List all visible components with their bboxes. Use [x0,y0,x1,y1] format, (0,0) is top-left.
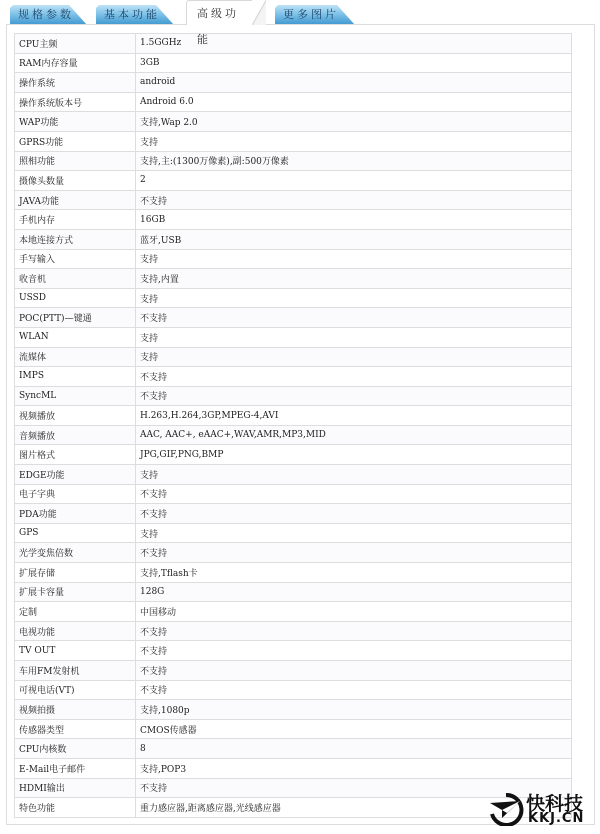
spec-row: 光学变焦倍数不支持 [15,543,572,563]
spec-key: RAM内存容量 [15,53,136,73]
spec-row: 扩展卡容量128G [15,582,572,602]
spec-value: 3GB [136,53,572,73]
spec-row: 本地连接方式蓝牙,USB [15,229,572,249]
spec-key: 手写输入 [15,249,136,269]
spec-row: JAVA功能不支持 [15,190,572,210]
spec-value: 不支持 [136,190,572,210]
spec-key: GPRS功能 [15,131,136,151]
spec-row: WAP功能支持,Wap 2.0 [15,112,572,132]
spec-row: WLAN支持 [15,327,572,347]
spec-row: 收音机支持,内置 [15,269,572,289]
spec-key: 扩展卡容量 [15,582,136,602]
spec-key: 操作系统 [15,73,136,93]
spec-row: 音频播放AAC, AAC+, eAAC+,WAV,AMR,MP3,MID [15,425,572,445]
spec-row: 扩展存储支持,Tflash卡 [15,563,572,583]
spec-value: CMOS传感器 [136,719,572,739]
spec-key: 扩展存储 [15,563,136,583]
spec-value: 不支持 [136,680,572,700]
spec-key: 光学变焦倍数 [15,543,136,563]
spec-key: IMPS [15,367,136,387]
spec-key: 操作系统版本号 [15,92,136,112]
spec-key: 照相功能 [15,151,136,171]
spec-key: 摄像头数量 [15,171,136,191]
paper-plane-logo-icon [488,792,524,826]
spec-value: 支持,Wap 2.0 [136,112,572,132]
spec-value: JPG,GIF,PNG,BMP [136,445,572,465]
spec-value: 中国移动 [136,602,572,622]
spec-key: 音频播放 [15,425,136,445]
spec-key: 电视功能 [15,621,136,641]
spec-row: GPS支持 [15,523,572,543]
spec-row: EDGE功能支持 [15,465,572,485]
spec-value: 支持,主:(1300万像素),副:500万像素 [136,151,572,171]
spec-row: 可视电话(VT)不支持 [15,680,572,700]
spec-row: 电视功能不支持 [15,621,572,641]
spec-row: 手机内存16GB [15,210,572,230]
spec-value: 不支持 [136,504,572,524]
spec-key: USSD [15,288,136,308]
spec-value: 不支持 [136,386,572,406]
spec-key: 视频拍摄 [15,700,136,720]
spec-value: 支持 [136,523,572,543]
spec-value: AAC, AAC+, eAAC+,WAV,AMR,MP3,MID [136,425,572,445]
spec-key: CPU内核数 [15,739,136,759]
tab-advanced-features[interactable]: 高级功能 [186,0,252,25]
watermark-en-text: KKJ.CN [528,811,584,826]
spec-row: TV OUT不支持 [15,641,572,661]
spec-key: 车用FM发射机 [15,661,136,681]
spec-key: 本地连接方式 [15,229,136,249]
spec-row: 图片格式JPG,GIF,PNG,BMP [15,445,572,465]
spec-key: 视频播放 [15,406,136,426]
spec-value: 不支持 [136,367,572,387]
spec-row: RAM内存容量3GB [15,53,572,73]
spec-row: 视频拍摄支持,1080p [15,700,572,720]
spec-key: E-Mail电子邮件 [15,758,136,778]
spec-row: USSD支持 [15,288,572,308]
spec-key: SyncML [15,386,136,406]
spec-key: JAVA功能 [15,190,136,210]
spec-key: CPU主频 [15,34,136,54]
spec-value: 不支持 [136,308,572,328]
spec-row: 车用FM发射机不支持 [15,661,572,681]
spec-value: 支持 [136,327,572,347]
spec-row: POC(PTT)—键通不支持 [15,308,572,328]
spec-key: WLAN [15,327,136,347]
spec-key: 传感器类型 [15,719,136,739]
spec-row: 手写输入支持 [15,249,572,269]
spec-key: EDGE功能 [15,465,136,485]
spec-value: 不支持 [136,621,572,641]
spec-value: 不支持 [136,484,572,504]
spec-key: 收音机 [15,269,136,289]
tab-more-images[interactable]: 更多图片 [275,5,355,25]
spec-value: 8 [136,739,572,759]
spec-key: 特色功能 [15,798,136,818]
spec-row: SyncML不支持 [15,386,572,406]
spec-value: 支持 [136,288,572,308]
spec-row: CPU内核数8 [15,739,572,759]
tab-bar: 规格参数 基本功能 高级功能 更多图片 [0,0,600,25]
spec-key: GPS [15,523,136,543]
spec-value: 支持 [136,347,572,367]
watermark: 快科技 KKJ.CN [488,788,596,828]
spec-row: PDA功能不支持 [15,504,572,524]
spec-value: 支持,内置 [136,269,572,289]
spec-value: 支持 [136,249,572,269]
spec-value: 2 [136,171,572,191]
spec-key: 流媒体 [15,347,136,367]
spec-key: 定制 [15,602,136,622]
spec-row: 视频播放H.263,H.264,3GP,MPEG-4,AVI [15,406,572,426]
spec-key: 手机内存 [15,210,136,230]
spec-value: 16GB [136,210,572,230]
spec-row: 电子字典不支持 [15,484,572,504]
spec-value: 不支持 [136,641,572,661]
spec-row: 流媒体支持 [15,347,572,367]
spec-key: 电子字典 [15,484,136,504]
spec-key: TV OUT [15,641,136,661]
spec-row: CPU主频1.5GGHz [15,34,572,54]
spec-row: 照相功能支持,主:(1300万像素),副:500万像素 [15,151,572,171]
spec-value: H.263,H.264,3GP,MPEG-4,AVI [136,406,572,426]
spec-value: 128G [136,582,572,602]
spec-value: 支持,1080p [136,700,572,720]
spec-row: GPRS功能支持 [15,131,572,151]
spec-row: 传感器类型CMOS传感器 [15,719,572,739]
spec-value: 支持 [136,465,572,485]
spec-row: 定制中国移动 [15,602,572,622]
tab-basic-features[interactable]: 基本功能 [96,5,174,25]
tab-specs[interactable]: 规格参数 [10,5,87,25]
spec-key: 图片格式 [15,445,136,465]
spec-row: 操作系统版本号Android 6.0 [15,92,572,112]
spec-key: HDMI输出 [15,778,136,798]
spec-value: 支持,POP3 [136,758,572,778]
spec-row: 操作系统android [15,73,572,93]
spec-key: PDA功能 [15,504,136,524]
spec-value: 支持,Tflash卡 [136,563,572,583]
spec-value: 支持 [136,131,572,151]
spec-key: WAP功能 [15,112,136,132]
spec-value: 不支持 [136,543,572,563]
spec-row: 摄像头数量2 [15,171,572,191]
spec-table: CPU主频1.5GGHzRAM内存容量3GB操作系统android操作系统版本号… [14,33,572,818]
spec-value: Android 6.0 [136,92,572,112]
spec-row: E-Mail电子邮件支持,POP3 [15,758,572,778]
spec-panel: CPU主频1.5GGHzRAM内存容量3GB操作系统android操作系统版本号… [6,24,595,825]
spec-key: 可视电话(VT) [15,680,136,700]
spec-value: 蓝牙,USB [136,229,572,249]
spec-key: POC(PTT)—键通 [15,308,136,328]
spec-row: IMPS不支持 [15,367,572,387]
spec-value: android [136,73,572,93]
spec-value: 不支持 [136,661,572,681]
